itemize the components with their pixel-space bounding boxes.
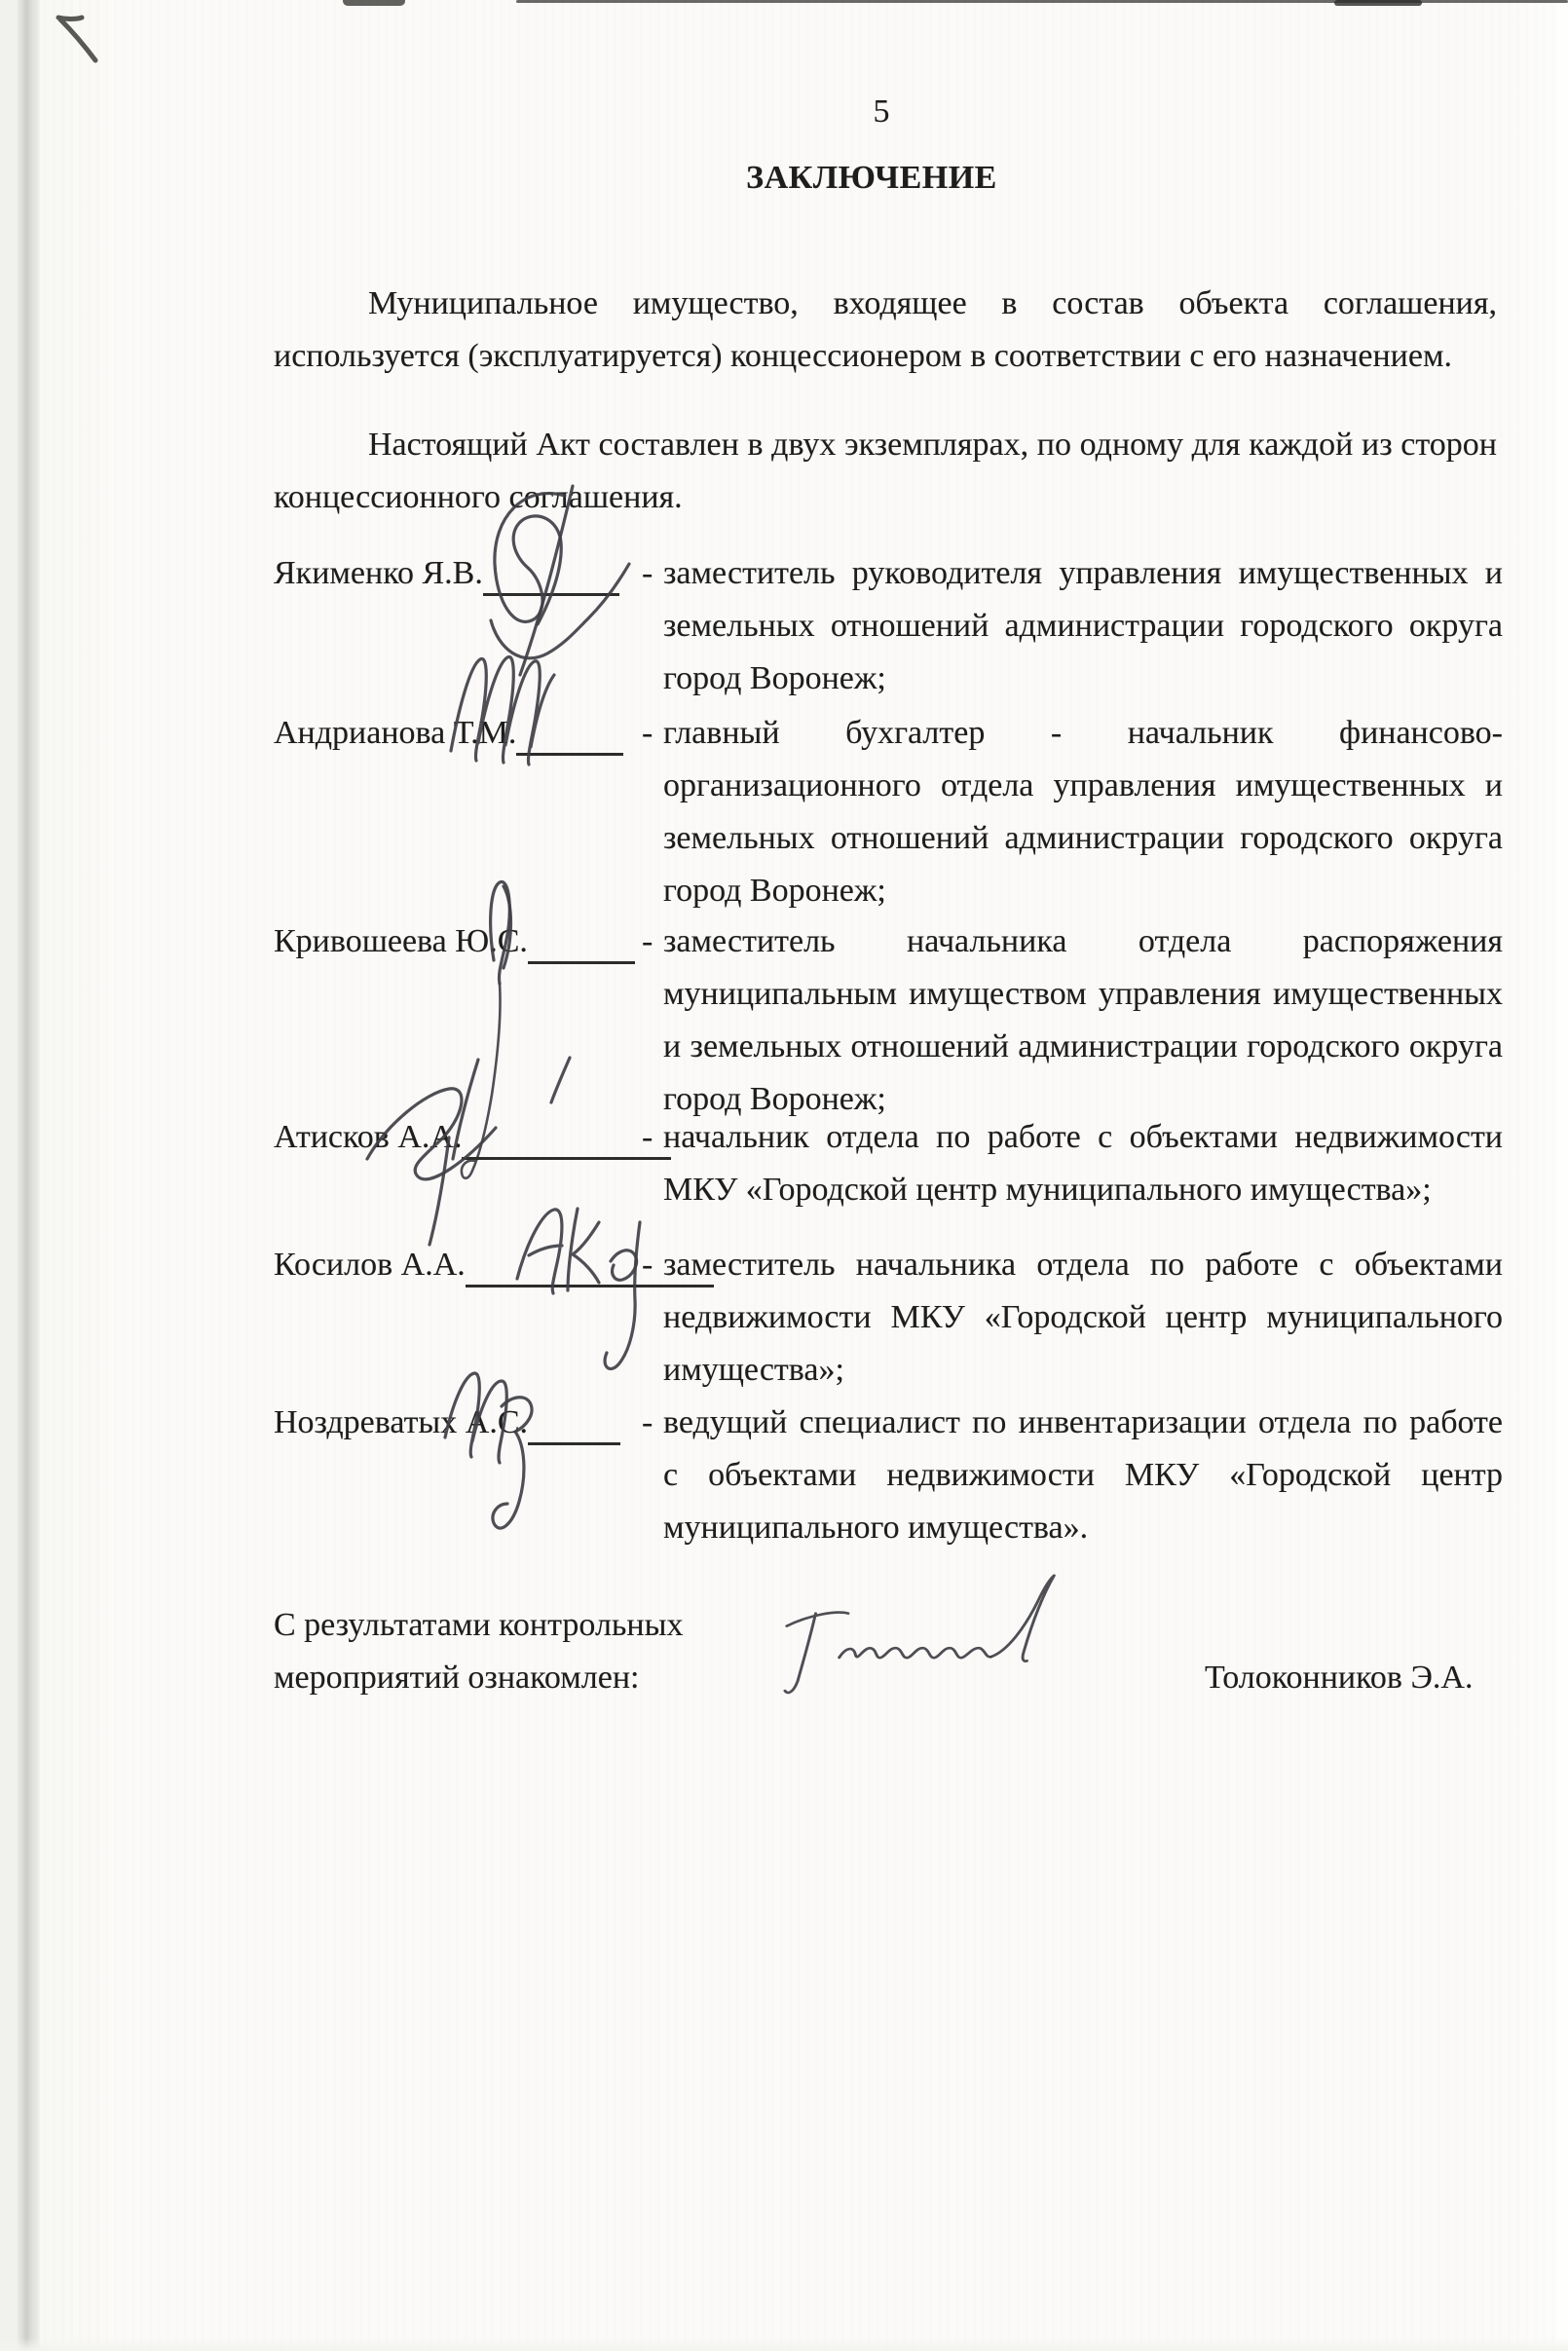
signatory-name: Якименко Я.В. [274, 547, 483, 600]
signatory-title: - начальник отдела по работе с объектами… [663, 1111, 1503, 1216]
signature-andrianova [441, 638, 558, 803]
signatory-title-text: заместитель руководителя управления имущ… [663, 555, 1503, 696]
signatory-row-atiskov: Атисков А.А. - начальник отдела по работ… [274, 1111, 1503, 1216]
scan-edge-left-shadow [17, 0, 40, 2351]
signatory-name-block: Якименко Я.В. [274, 547, 636, 600]
signatory-title-text: начальник отдела по работе с объектами н… [663, 1119, 1503, 1208]
signature-nozdrevatykh [437, 1350, 559, 1549]
signature-tolokonnikov [760, 1566, 1071, 1712]
dash-separator: - [642, 915, 653, 968]
paragraph-usage: Муниципальное имущество, входящее в сост… [274, 278, 1497, 383]
signatory-name-block: Кривошеева Ю.С. [274, 915, 636, 968]
signatory-title-text: ведущий специалист по инвентаризации отд… [663, 1404, 1503, 1546]
scan-edge-bottom [0, 2337, 1568, 2351]
signatory-title: - главный бухгалтер - начальник финансов… [663, 707, 1503, 917]
signatory-title-text: заместитель начальника отдела распоряжен… [663, 923, 1503, 1117]
dash-separator: - [642, 1397, 653, 1449]
signatory-row-nozdrevatykh: Ноздреватых А.С. - ведущий специалист по… [274, 1397, 1503, 1554]
signatory-title: - ведущий специалист по инвентаризации о… [663, 1397, 1503, 1554]
dash-separator: - [642, 1111, 653, 1164]
signatory-name: Косилов А.А. [274, 1239, 466, 1291]
dash-separator: - [642, 1239, 653, 1291]
scan-edge-left-outer [0, 0, 17, 2351]
document-title: ЗАКЛЮЧЕНИЕ [185, 152, 1558, 205]
scan-top-edge-mark [1334, 0, 1422, 6]
signatory-name-block: Косилов А.А. [274, 1239, 636, 1291]
scanned-document-page: 5 ЗАКЛЮЧЕНИЕ Муниципальное имущество, вх… [0, 0, 1568, 2351]
dash-separator: - [642, 707, 653, 760]
scan-edge-right [1556, 0, 1568, 2351]
signatory-name-block: Андрианова Т.М. [274, 707, 636, 760]
paragraph-copies: Настоящий Акт составлен в двух экземпляр… [274, 419, 1497, 524]
signatory-title: - заместитель начальника отдела по работ… [663, 1239, 1503, 1397]
signatory-title-text: главный бухгалтер - начальник финансово-… [663, 715, 1503, 909]
scan-corner-mark [51, 12, 109, 65]
signatory-title: - заместитель руководителя управления им… [663, 547, 1503, 705]
signatory-name-block: Ноздреватых А.С. [274, 1397, 636, 1449]
signatory-title: - заместитель начальника отдела распоряж… [663, 915, 1503, 1126]
scan-top-dash-mark [343, 0, 405, 6]
signatory-title-text: заместитель начальника отдела по работе … [663, 1247, 1503, 1388]
acknowledgement-signatory-name: Толоконников Э.А. [1205, 1652, 1473, 1704]
signatory-name-block: Атисков А.А. [274, 1111, 636, 1164]
dash-separator: - [642, 547, 653, 600]
page-number: 5 [195, 86, 1568, 138]
acknowledgement-label: С результатами контрольных мероприятий о… [274, 1599, 731, 1704]
